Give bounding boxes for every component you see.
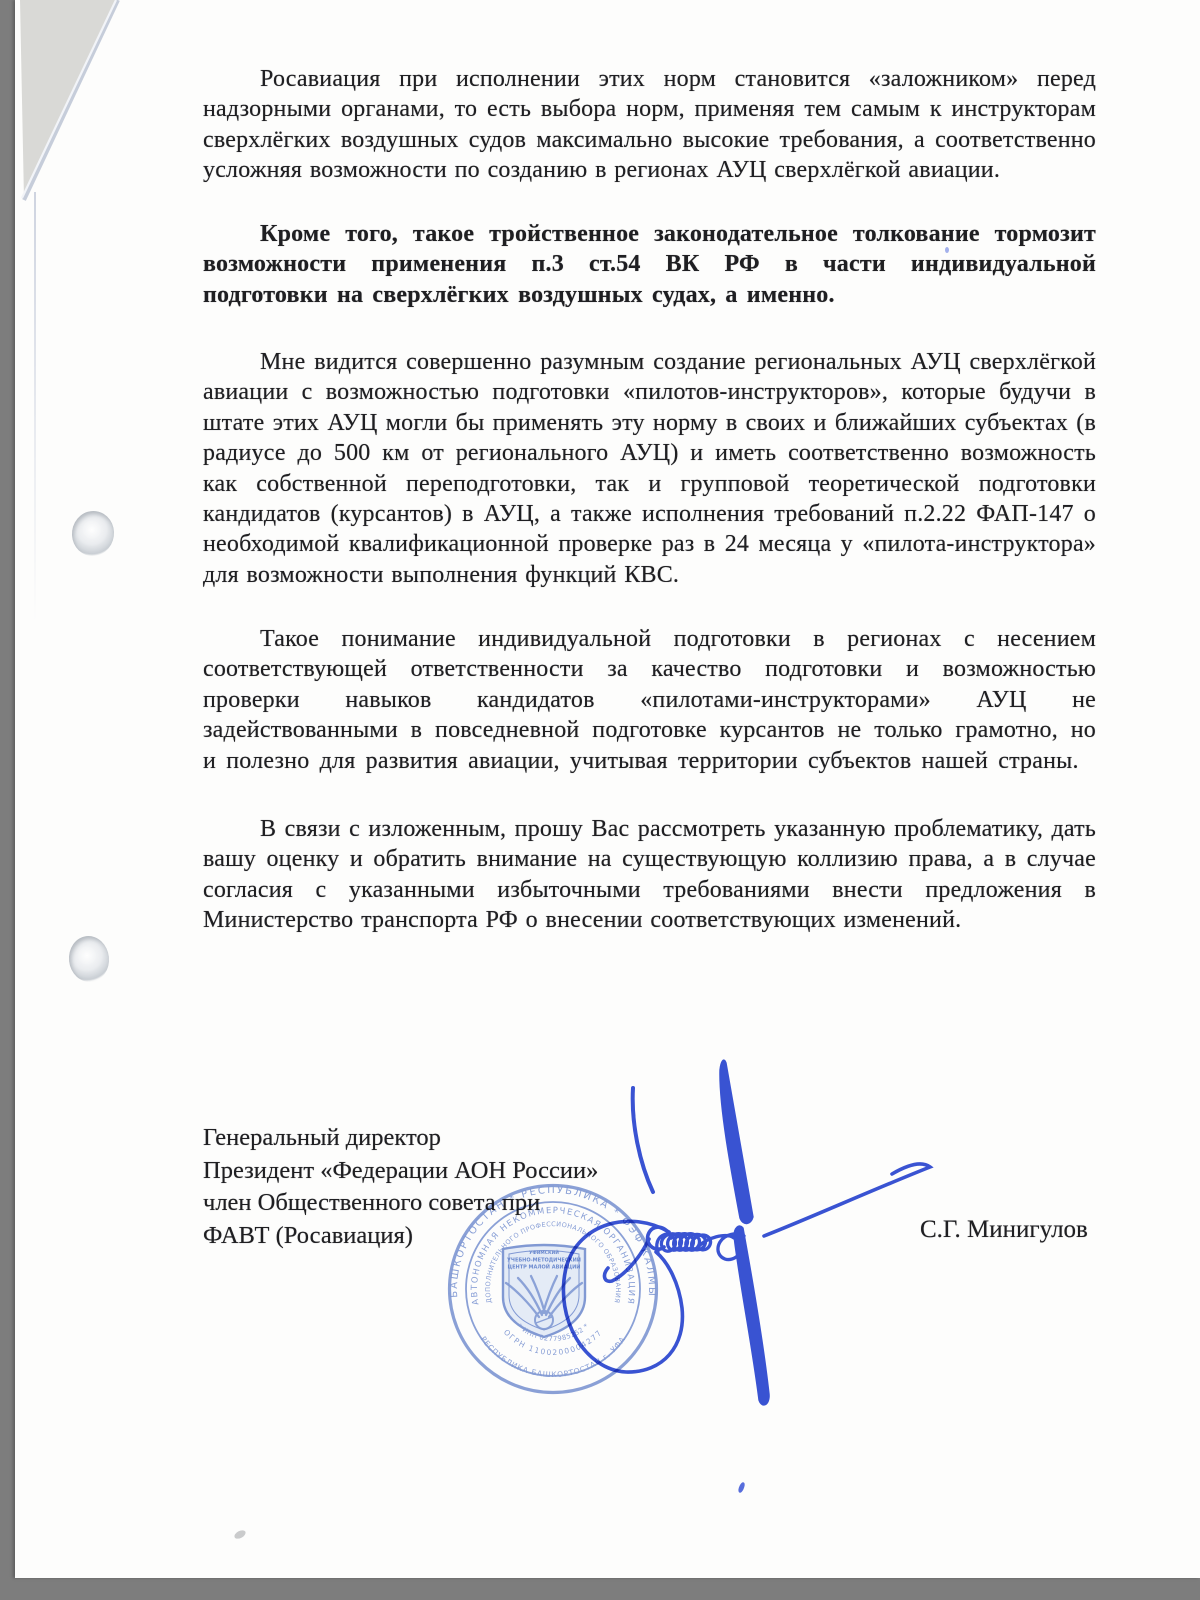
page-left-edge (34, 192, 36, 622)
signature-upper-blade (720, 1060, 753, 1223)
paragraph-1: Росавиация при исполнении этих норм стан… (203, 64, 1096, 186)
paper-water-mark (69, 508, 117, 558)
pencil-smudge (233, 1529, 247, 1541)
scanned-letter: Росавиация при исполнении этих норм стан… (0, 0, 1200, 1600)
paper-water-mark (67, 934, 112, 984)
signature-initial-tail (605, 1239, 649, 1281)
paragraph-2-bold: Кроме того, такое тройственное законодат… (203, 219, 1096, 310)
letter-page: Росавиация при исполнении этих норм стан… (15, 0, 1200, 1578)
paragraph-4: Такое понимание индивидуальной подготовк… (203, 624, 1096, 776)
page-corner-fold (15, 0, 130, 210)
signature-big-oval (563, 1221, 682, 1372)
handwritten-signature (520, 1040, 960, 1440)
signature-short-stroke (633, 1088, 653, 1192)
ink-speck (737, 1481, 745, 1493)
paragraph-3: Мне видится совершенно разумным создание… (203, 347, 1096, 590)
paragraph-5: В связи с изложенным, прошу Вас рассмотр… (203, 814, 1096, 936)
signature-arrow-stroke (764, 1164, 930, 1236)
